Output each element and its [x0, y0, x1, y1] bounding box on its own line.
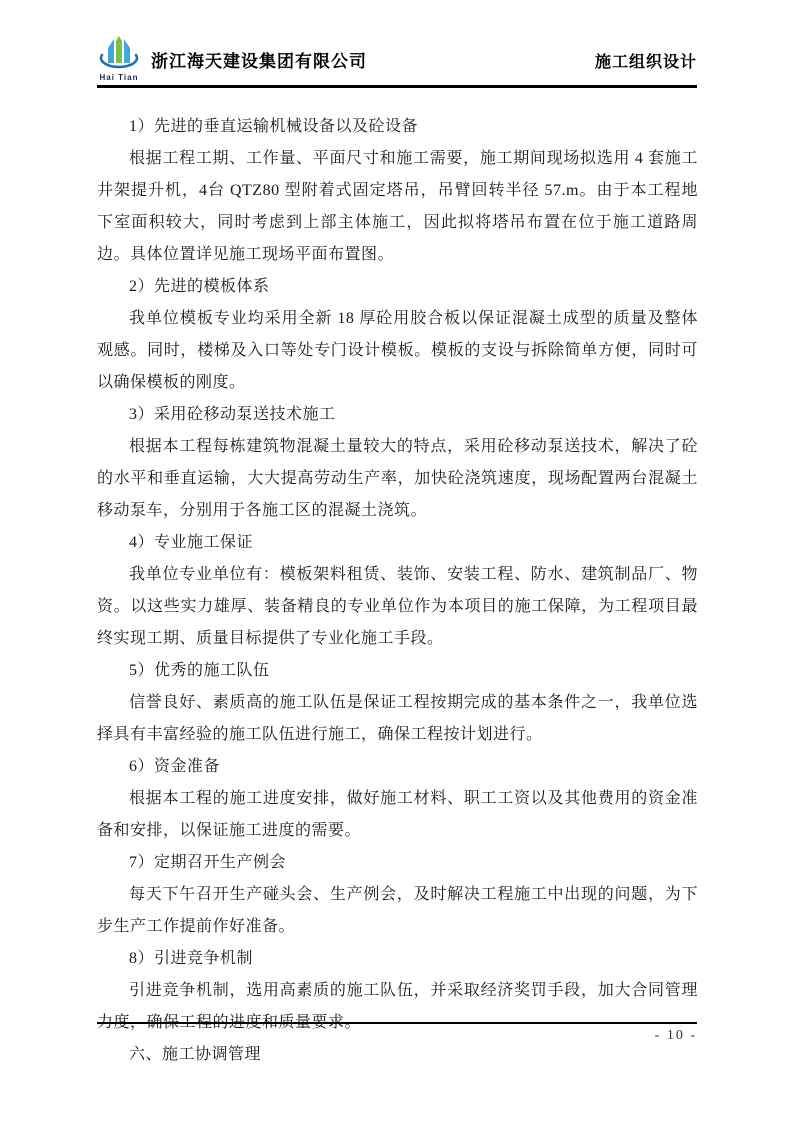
- section-heading: 5）优秀的施工队伍: [97, 655, 698, 687]
- section-heading: 8）引进竞争机制: [97, 943, 698, 975]
- logo-left-tower: [108, 39, 114, 63]
- body-paragraph: 根据工程工期、工作量、平面尺寸和施工需要，施工期间现场拟选用 4 套施工井架提升…: [97, 143, 698, 271]
- body-paragraph: 根据本工程的施工进度安排，做好施工材料、职工工资以及其他费用的资金准备和安排，以…: [97, 783, 698, 847]
- section-heading: 六、施工协调管理: [97, 1039, 698, 1071]
- section-heading: 3）采用砼移动泵送技术施工: [97, 399, 698, 431]
- section-heading: 6）资金准备: [97, 751, 698, 783]
- document-body: 1）先进的垂直运输机械设备以及砼设备根据工程工期、工作量、平面尺寸和施工需要，施…: [97, 111, 698, 1071]
- body-paragraph: 每天下午召开生产碰头会、生产例会，及时解决工程施工中出现的问题，为下步生产工作提…: [97, 879, 698, 943]
- section-heading: 4）专业施工保证: [97, 527, 698, 559]
- page-header: Hai Tian 浙江海天建设集团有限公司 施工组织设计: [97, 26, 697, 82]
- company-brand: Hai Tian 浙江海天建设集团有限公司: [97, 35, 367, 82]
- page-number: - 10 -: [655, 1028, 697, 1044]
- logo-right-tower: [124, 39, 130, 63]
- body-paragraph: 引进竞争机制，选用高素质的施工队伍，并采取经济奖罚手段，加大合同管理力度，确保工…: [97, 975, 698, 1039]
- section-heading: 1）先进的垂直运输机械设备以及砼设备: [97, 111, 698, 143]
- footer-rule: [97, 1022, 697, 1024]
- company-logo: Hai Tian: [97, 35, 141, 82]
- logo-text: Hai Tian: [97, 73, 141, 82]
- body-paragraph: 我单位专业单位有：模板架料租赁、装饰、安装工程、防水、建筑制品厂、物资。以这些实…: [97, 559, 698, 655]
- company-name: 浙江海天建设集团有限公司: [151, 47, 367, 82]
- document-page: Hai Tian 浙江海天建设集团有限公司 施工组织设计 1）先进的垂直运输机械…: [0, 0, 793, 1122]
- body-paragraph: 根据本工程每栋建筑物混凝土量较大的特点，采用砼移动泵送技术，解决了砼的水平和垂直…: [97, 431, 698, 527]
- body-paragraph: 我单位模板专业均采用全新 18 厚砼用胶合板以保证混凝土成型的质量及整体观感。同…: [97, 303, 698, 399]
- logo-center-stripe: [116, 36, 122, 63]
- section-heading: 7）定期召开生产例会: [97, 847, 698, 879]
- document-type-label: 施工组织设计: [595, 49, 697, 82]
- haitian-logo-icon: [99, 35, 139, 72]
- section-heading: 2）先进的模板体系: [97, 271, 698, 303]
- body-paragraph: 信誉良好、素质高的施工队伍是保证工程按期完成的基本条件之一，我单位选择具有丰富经…: [97, 687, 698, 751]
- header-rule: [97, 85, 697, 88]
